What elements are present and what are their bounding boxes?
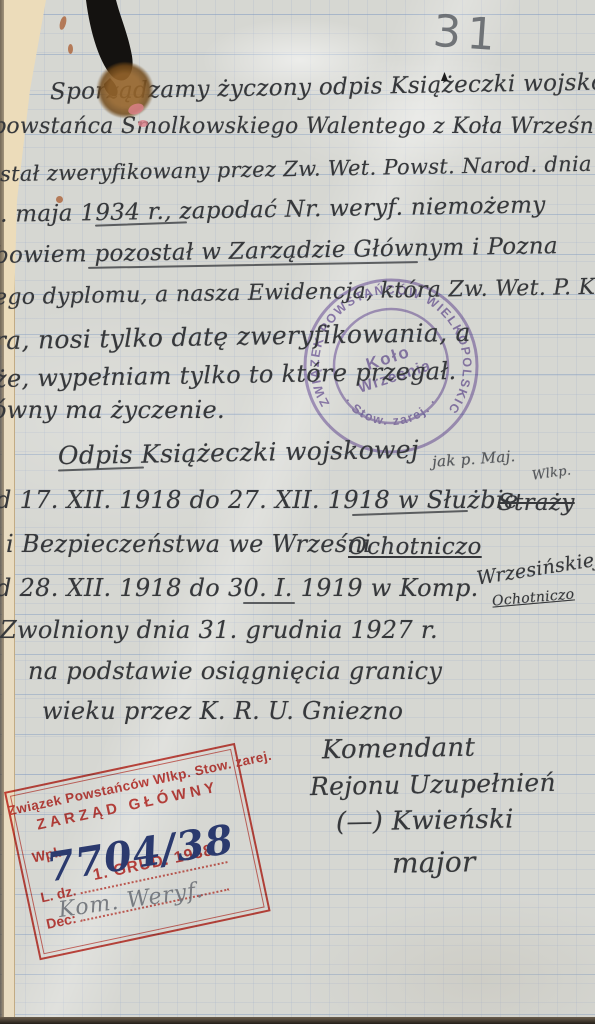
handwriting-line: Rejonu Uzupełnień [310, 768, 556, 801]
pink-stain [138, 120, 148, 127]
svg-text:· Stow. zarej. ·: · Stow. zarej. · [341, 395, 441, 428]
scanned-document-page: ZWIĄZEK POWSTAŃCÓW WIELKOPOLSKICH · Stow… [0, 0, 595, 1024]
handwriting-line: (—) Kwieński [336, 804, 514, 837]
stamp-ring-text-bottom: · Stow. zarej. · [341, 395, 441, 428]
handwriting-line: Zwolniony dnia 31. grudnia 1927 r. [0, 616, 438, 644]
handwriting-line: na podstawie osiągnięcia granicy [28, 657, 442, 685]
rust-stain [56, 196, 63, 203]
page-number: 31 [431, 6, 502, 62]
handwriting-line: ówny ma życzenie. [0, 396, 225, 424]
handwriting-line: Ochotniczo [348, 534, 482, 560]
handwriting-line: wieku przez K. R. U. Gniezno [42, 697, 403, 725]
handwriting-line: i Bezpieczeństwa we Wrześni [6, 530, 371, 558]
handwriting-line: Komendant [322, 733, 476, 766]
handwriting-line: Straży [498, 490, 575, 516]
handwriting-line: d 28. XII. 1918 do 30. I. 1919 w Komp. [0, 574, 479, 602]
ink-underline [243, 602, 295, 604]
brown-stain [96, 62, 154, 118]
handwriting-line: d 17. XII. 1918 do 27. XII. 1918 w Służb… [0, 486, 518, 514]
scan-bottom-edge [0, 1017, 595, 1024]
handwriting-line: major [392, 845, 476, 879]
rust-stain [68, 44, 73, 54]
